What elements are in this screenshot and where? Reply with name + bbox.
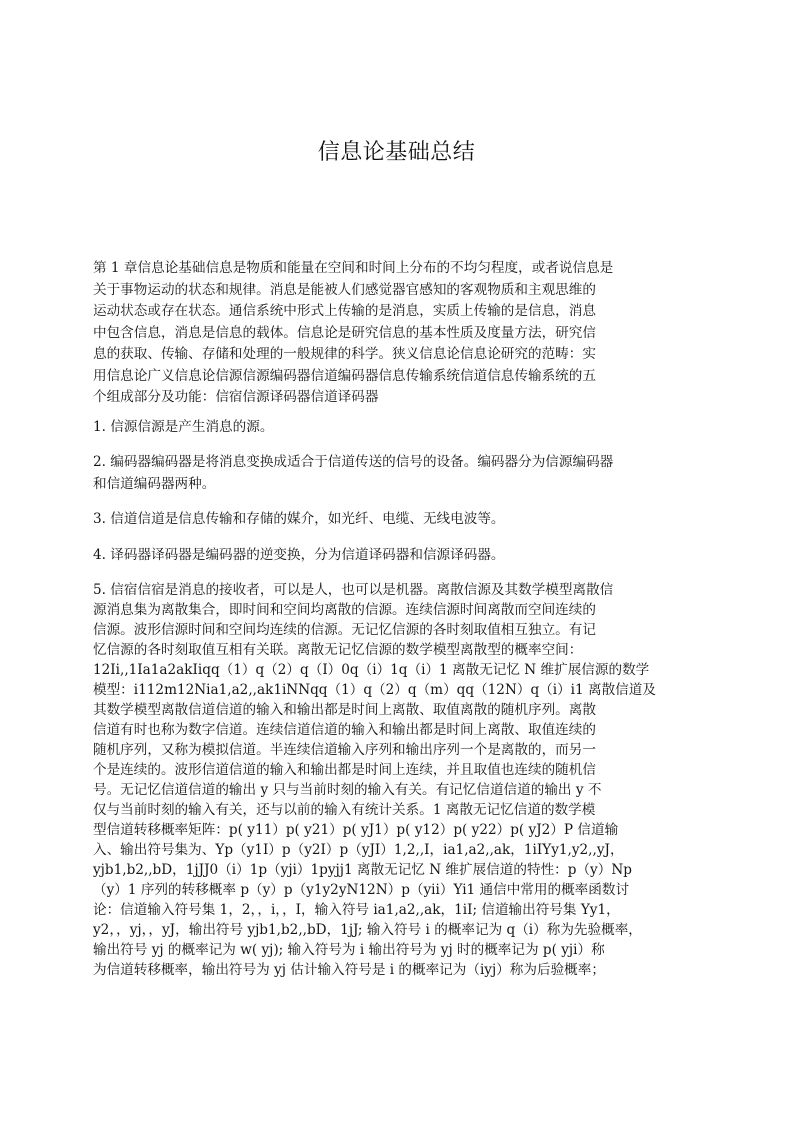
list-item-decoder: 4. 译码器译码器是编码器的逆变换，分为信道译码器和信源译码器。 (93, 545, 713, 567)
formula-line: 入、输出符号集为、Yp（y1I）p（y2I）p（yJI）1,2,,I，ia1,a… (93, 840, 713, 860)
text-line: 第 1 章信息论基础信息是物质和能量在空间和时间上分布的不均匀程度，或者说信息是 (93, 258, 713, 280)
text-line: 3. 信道信道是信息传输和存储的媒介，如光纤、电缆、无线电波等。 (93, 509, 713, 531)
text-line: 号。无记忆信道信道的输出 y 只与当前时刻的输入有关。有记忆信道信道的输出 y … (93, 780, 713, 800)
list-item-source: 1. 信源信源是产生消息的源。 (93, 417, 713, 439)
text-line: 关于事物运动的状态和规律。消息是能被人们感觉器官感知的客观物质和主观思维的 (93, 280, 713, 302)
text-line: 忆信源的各时刻取值互相有关联。离散无记忆信源的数学模型离散型的概率空间： (93, 640, 713, 660)
list-item-sink: 5. 信宿信宿是消息的接收者，可以是人，也可以是机器。离散信源及其数学模型离散信… (93, 580, 713, 980)
formula-line: 12Ii,,1Ia1a2akIiqq（1）q（2）q（I）0q（i）1q（i）1… (93, 660, 713, 680)
text-line: 1. 信源信源是产生消息的源。 (93, 417, 713, 439)
text-line: 用信息论广义信息论信源信源编码器信道编码器信息传输系统信道信息传输系统的五 (93, 366, 713, 388)
text-line: 其数学模型离散信道信道的输入和输出都是时间上离散、取值离散的随机序列。离散 (93, 700, 713, 720)
list-item-encoder: 2. 编码器编码器是将消息变换成适合于信道传送的信号的设备。编码器分为信源编码器… (93, 452, 713, 495)
text-line: 个组成部分及功能：信宿信源译码器信道译码器 (93, 387, 713, 409)
text-line: 息的获取、传输、存储和处理的一般规律的科学。狭义信息论信息论研究的范畴：实 (93, 344, 713, 366)
formula-line: 模型：i112m12Nia1,a2,,ak1iNNqq（1）q（2）q（m）qq… (93, 680, 713, 700)
text-line: 源消息集为离散集合，即时间和空间均离散的信源。连续信源时间离散而空间连续的 (93, 600, 713, 620)
text-line: 中包含信息，消息是信息的载体。信息论是研究信息的基本性质及度量方法，研究信 (93, 323, 713, 345)
text-line: 论：信道输入符号集 1，2，，i，，I，输入符号 ia1,a2,,ak，1iI;… (93, 900, 713, 920)
text-line: 随机序列，又称为模拟信道。半连续信道输入序列和输出序列一个是离散的，而另一 (93, 740, 713, 760)
formula-line: （y）1 序列的转移概率 p（y）p（y1y2yN12N）p（yii）Yi1 通… (93, 880, 713, 900)
list-item-channel: 3. 信道信道是信息传输和存储的媒介，如光纤、电缆、无线电波等。 (93, 509, 713, 531)
document-body: 第 1 章信息论基础信息是物质和能量在空间和时间上分布的不均匀程度，或者说信息是… (93, 258, 713, 990)
text-line: 为信道转移概率，输出符号为 yj 估计输入符号是 i 的概率记为（iyj）称为后… (93, 960, 713, 980)
document-title: 信息论基础总结 (0, 138, 793, 168)
formula-line: 型信道转移概率矩阵：p( y11）p( y21）p( yJ1）p( y12）p(… (93, 820, 713, 840)
text-line: 个是连续的。波形信道信道的输入和输出都是时间上连续，并且取值也连续的随机信 (93, 760, 713, 780)
text-line: 仅与当前时刻的输入有关，还与以前的输入有统计关系。1 离散无记忆信道的数学模 (93, 800, 713, 820)
text-line: 信源。波形信源时间和空间均连续的信源。无记忆信源的各时刻取值相互独立。有记 (93, 620, 713, 640)
document-page: 信息论基础总结 第 1 章信息论基础信息是物质和能量在空间和时间上分布的不均匀程… (0, 0, 793, 1122)
text-line: y2，，yj，，yJ，输出符号 yjb1,b2,,bD，1jJ; 输入符号 i … (93, 920, 713, 940)
text-line: 运动状态或存在状态。通信系统中形式上传输的是消息，实质上传输的是信息，消息 (93, 301, 713, 323)
paragraph-intro: 第 1 章信息论基础信息是物质和能量在空间和时间上分布的不均匀程度，或者说信息是… (93, 258, 713, 409)
text-line: 和信道编码器两种。 (93, 474, 713, 496)
text-line: 信道有时也称为数字信道。连续信道信道的输入和输出都是时间上离散、取值连续的 (93, 720, 713, 740)
formula-line: yjb1,b2,,bD，1jJJ0（i）1p（yji）1pyjj1 离散无记忆 … (93, 860, 713, 880)
text-line: 4. 译码器译码器是编码器的逆变换，分为信道译码器和信源译码器。 (93, 545, 713, 567)
text-line: 2. 编码器编码器是将消息变换成适合于信道传送的信号的设备。编码器分为信源编码器 (93, 452, 713, 474)
text-line: 5. 信宿信宿是消息的接收者，可以是人，也可以是机器。离散信源及其数学模型离散信 (93, 580, 713, 600)
text-line: 输出符号 yj 的概率记为 w( yj); 输入符号为 i 输出符号为 yj 时… (93, 940, 713, 960)
